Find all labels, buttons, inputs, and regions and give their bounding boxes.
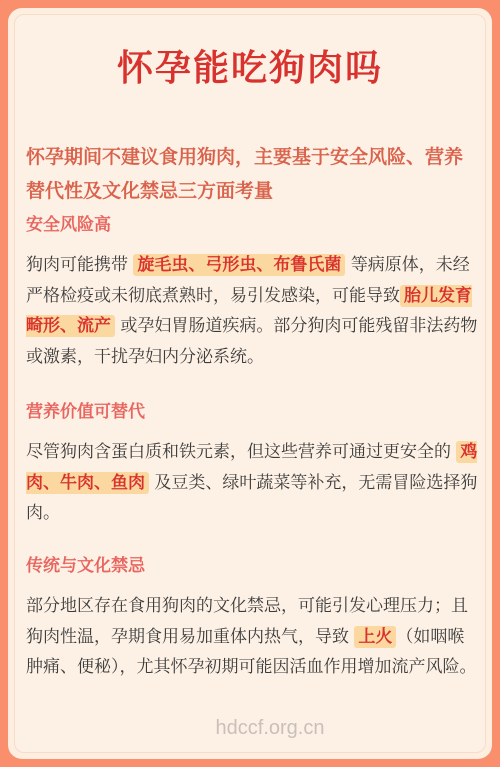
section-heading-culture: 传统与文化禁忌 (26, 551, 145, 576)
section-heading-nutrition: 营养价值可替代 (26, 397, 145, 422)
section-heading-safety-risk: 安全风险高 (26, 210, 111, 235)
page-title: 怀孕能吃狗肉吗 (0, 40, 500, 91)
intro-summary: 怀孕期间不建议食用狗肉，主要基于安全风险、营养替代性及文化禁忌三方面考量 (26, 140, 474, 208)
section-body-nutrition: 尽管狗肉含蛋白质和铁元素，但这些营养可通过更安全的 鸡肉、牛肉、鱼肉 及豆类、绿… (26, 437, 480, 529)
watermark: hdccf.org.cn (0, 717, 500, 740)
section-body-safety-risk: 狗肉可能携带 旋毛虫、弓形虫、布鲁氏菌 等病原体，未经严格检疫或未彻底煮熟时，易… (26, 250, 480, 372)
section-body-culture: 部分地区存在食用狗肉的文化禁忌，可能引发心理压力；且狗肉性温，孕期食用易加重体内… (26, 591, 480, 683)
highlight-pathogens: 旋毛虫、弓形虫、布鲁氏菌 (133, 254, 345, 276)
highlight-internal-heat: 上火 (354, 626, 396, 648)
